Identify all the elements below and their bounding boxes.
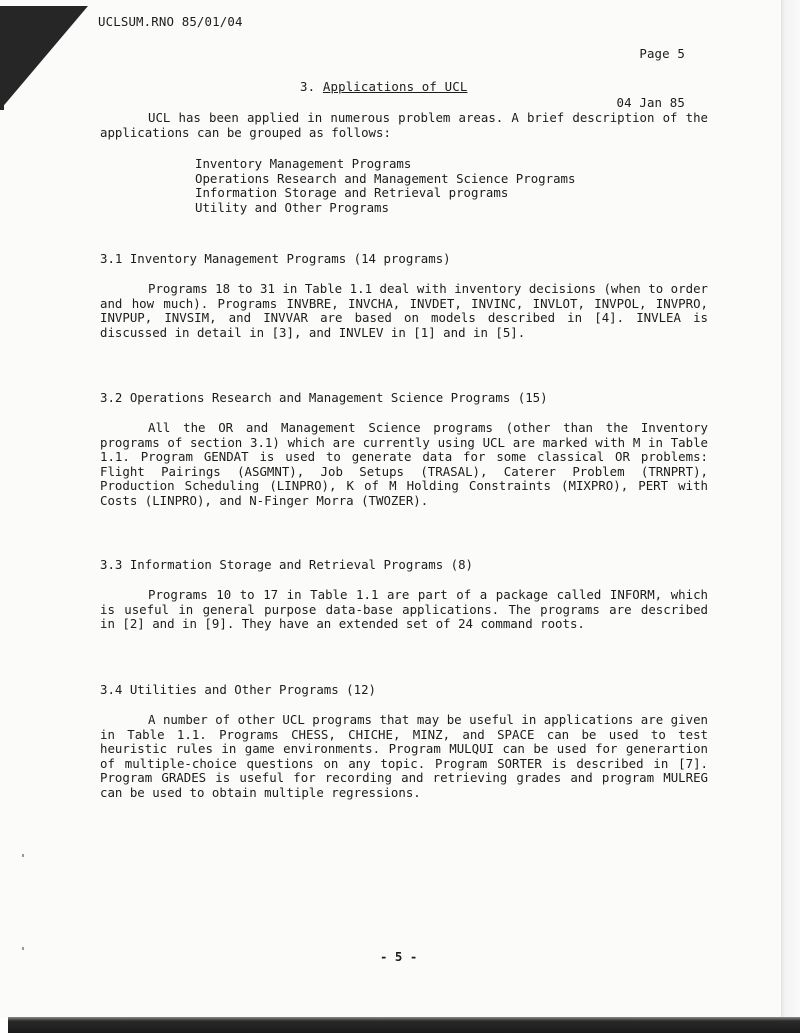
scan-corner-shadow [0, 6, 88, 110]
document-file-id: UCLSUM.RNO 85/01/04 [98, 15, 243, 30]
list-item: Operations Research and Management Scien… [195, 172, 575, 187]
chapter-title-text: Applications of UCL [323, 79, 468, 94]
section-body: Programs 18 to 31 in Table 1.1 deal with… [100, 282, 708, 340]
chapter-title: 3. Applications of UCL [300, 80, 467, 95]
section-heading: 3.4 Utilities and Other Programs (12) [100, 683, 376, 698]
page-right-edge [781, 0, 800, 1033]
section-body: All the OR and Management Science progra… [100, 421, 708, 509]
list-item: Information Storage and Retrieval progra… [195, 186, 575, 201]
scan-speck [22, 854, 24, 857]
section-body: Programs 10 to 17 in Table 1.1 are part … [100, 588, 708, 632]
scan-corner-shadow-edge [0, 6, 4, 110]
list-item: Inventory Management Programs [195, 157, 575, 172]
scan-speck [22, 947, 24, 950]
application-group-list: Inventory Management Programs Operations… [195, 157, 575, 215]
scan-bottom-shadow [8, 1017, 800, 1033]
section-heading: 3.2 Operations Research and Management S… [100, 391, 548, 406]
list-item: Utility and Other Programs [195, 201, 575, 216]
chapter-number: 3. [300, 79, 315, 94]
scanned-page [0, 0, 781, 1018]
section-heading: 3.1 Inventory Management Programs (14 pr… [100, 252, 451, 267]
section-heading: 3.3 Information Storage and Retrieval Pr… [100, 558, 473, 573]
page-label: Page 5 [617, 44, 686, 64]
intro-paragraph: UCL has been applied in numerous problem… [100, 111, 708, 140]
page-number-footer: - 5 - [380, 949, 417, 964]
section-body: A number of other UCL programs that may … [100, 713, 708, 801]
